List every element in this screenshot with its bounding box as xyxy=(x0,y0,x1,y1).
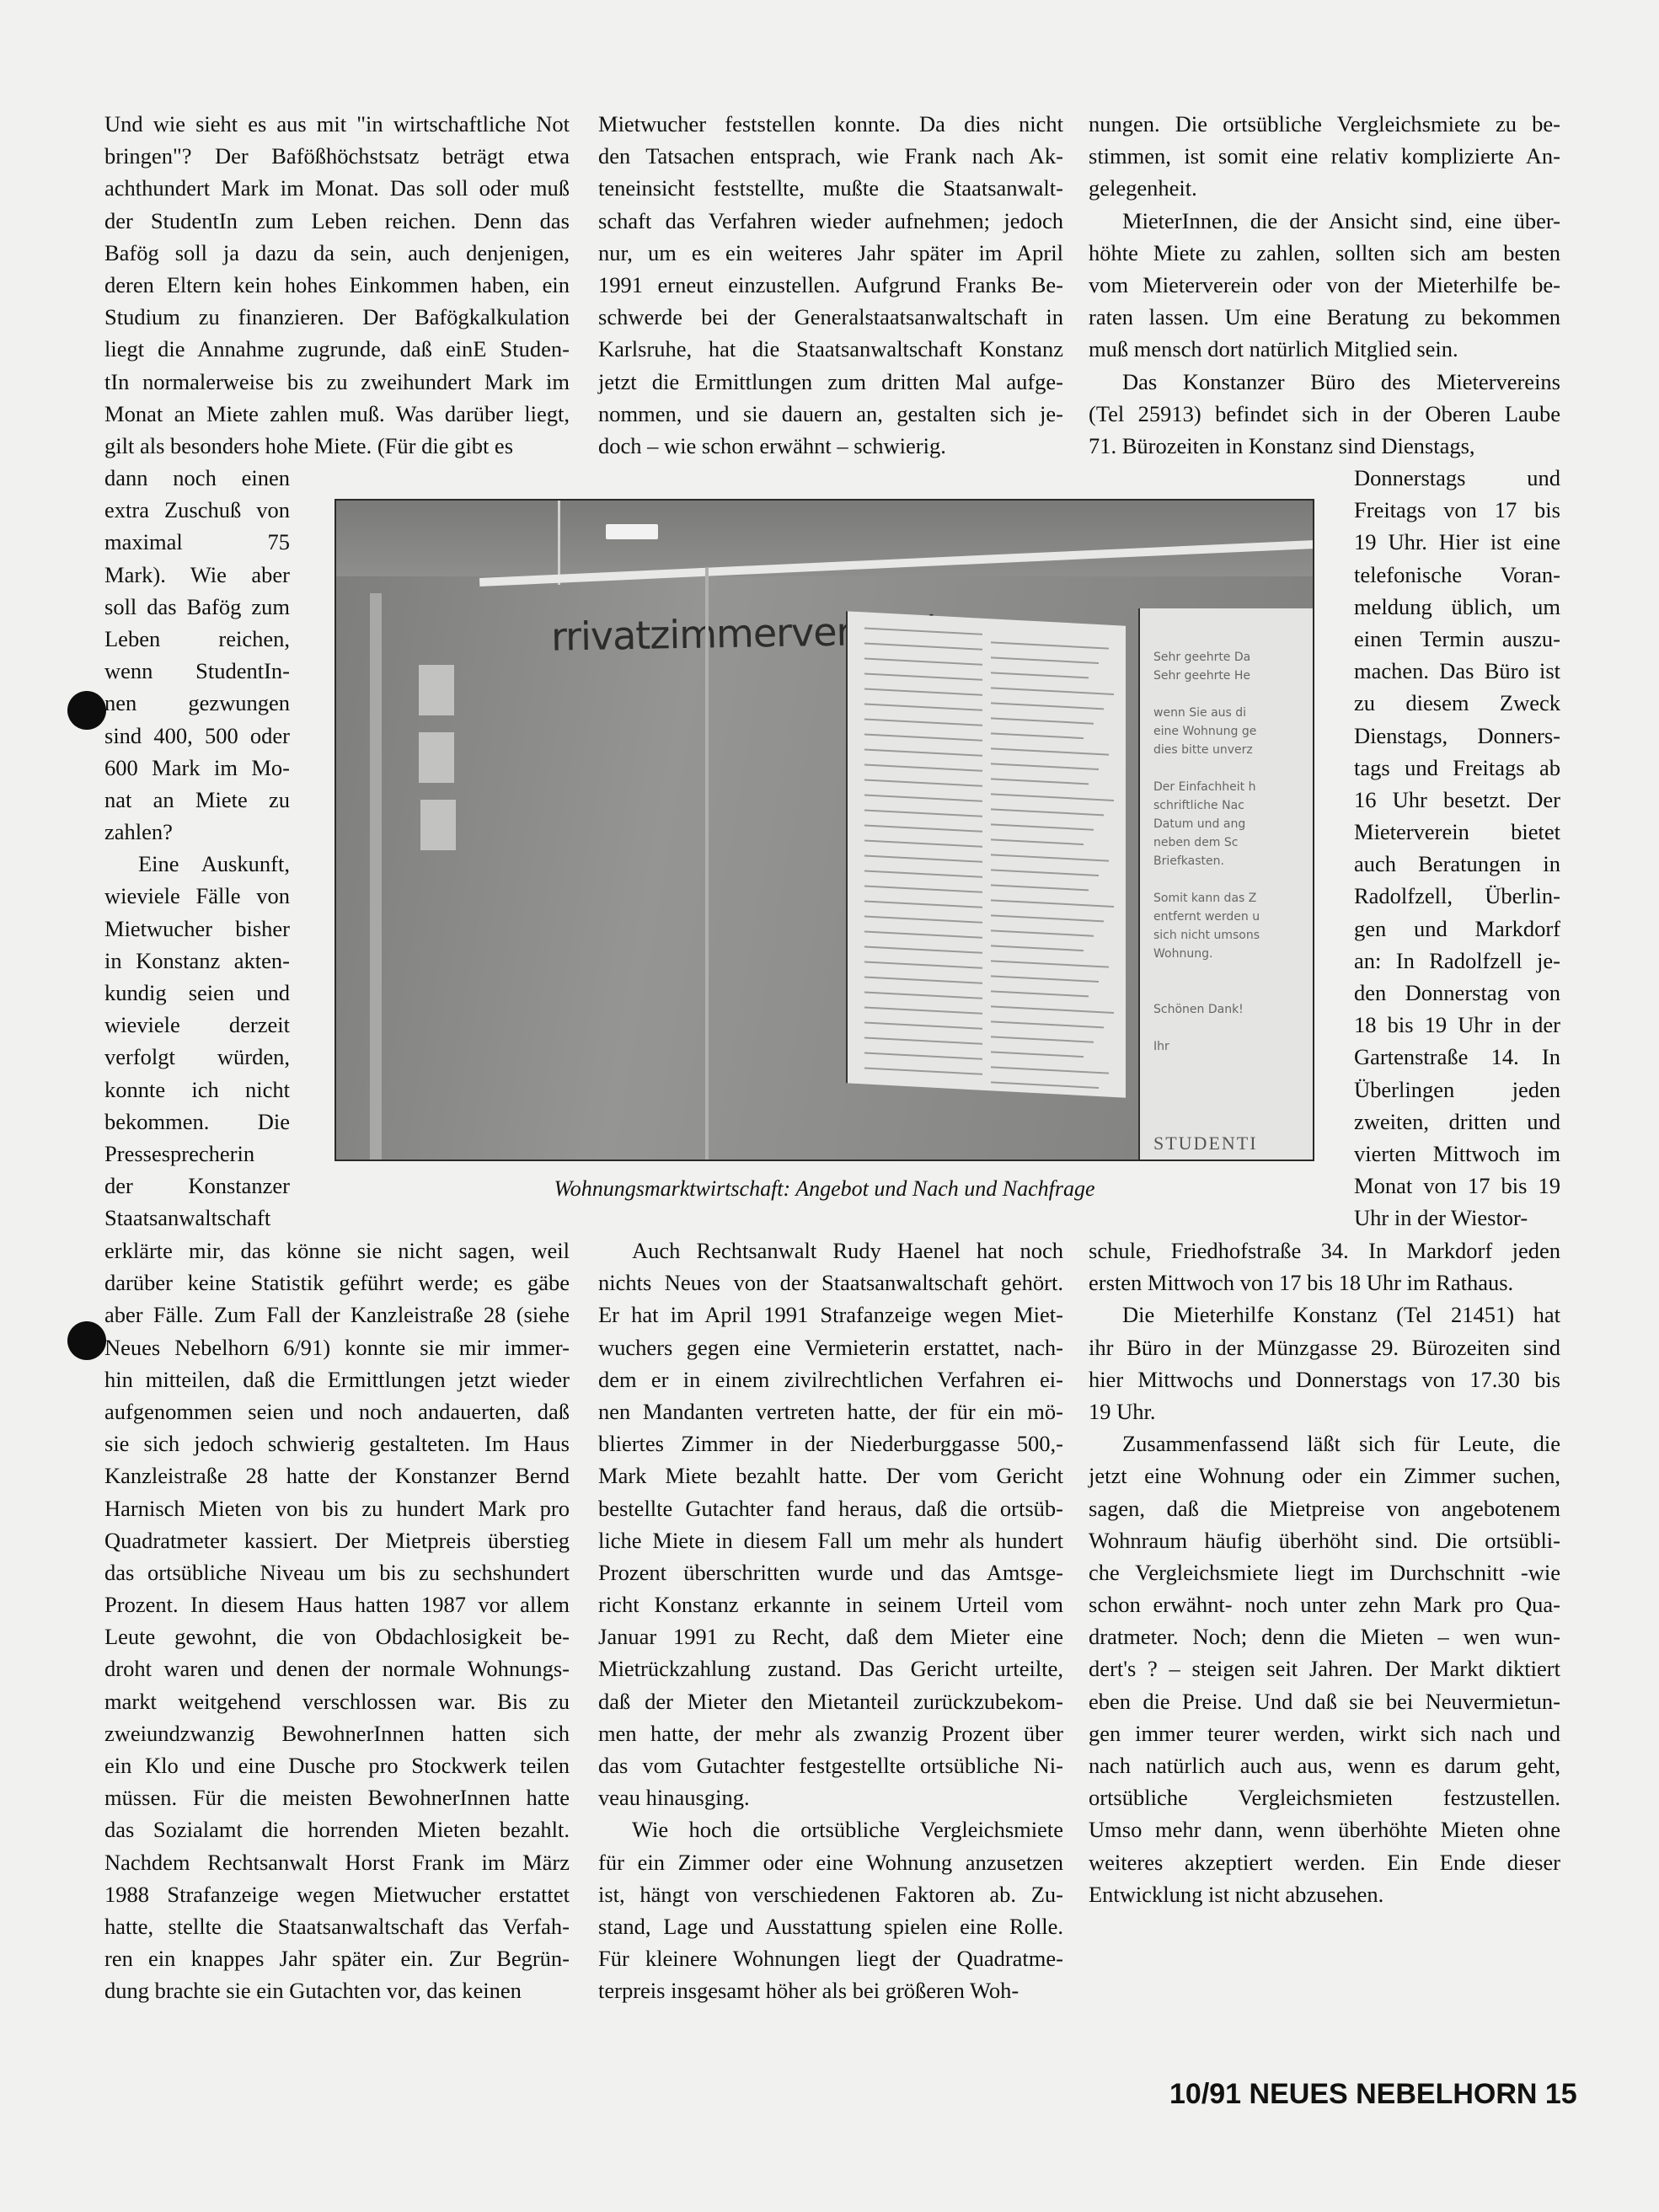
text-line: 1991 erneut einzustellen. Aufgrund Frank… xyxy=(598,269,1063,301)
poster-text-line xyxy=(864,1067,982,1074)
photo-caption: Wohnungsmarktwirtschaft: Angebot und Nac… xyxy=(334,1176,1314,1202)
poster-text-line xyxy=(864,854,982,862)
text-line: men hatte, der mehr als zwanzig Prozent … xyxy=(598,1717,1063,1749)
text-line: muß mensch dort natürlich Mitglied sein. xyxy=(1089,333,1560,365)
text-line: wenn StudentIn- xyxy=(104,655,290,687)
column-3-top: nungen. Die ortsübliche Vergleichsmiete … xyxy=(1089,108,1560,462)
poster-text-line xyxy=(864,672,982,680)
text-line: der Konstanzer xyxy=(104,1170,290,1202)
text-line: achthundert Mark im Monat. Das soll oder… xyxy=(104,172,570,204)
text-line: ihr Büro in der Münzgasse 29. Bürozeiten… xyxy=(1089,1331,1560,1363)
poster-text-line xyxy=(864,627,982,635)
page-footer-folio: 10/91 NEUES NEBELHORN 15 xyxy=(1169,2078,1577,2111)
poster-text-line xyxy=(864,718,982,726)
text-line: den Donnerstag von xyxy=(1354,977,1560,1009)
poster-text-line xyxy=(991,641,1109,649)
poster-text-line xyxy=(864,991,982,999)
poster-text-line xyxy=(864,885,982,892)
text-line: 16 Uhr besetzt. Der xyxy=(1354,784,1560,816)
text-line: Mietrückzahlung zustand. Das Gericht urt… xyxy=(598,1652,1063,1684)
letter-text-line: Somit kann das Z xyxy=(1153,892,1256,906)
poster-text-line xyxy=(991,854,1109,861)
text-line: nommen, und sie dauern an, gestalten sic… xyxy=(598,398,1063,430)
text-line: zu diesem Zweck xyxy=(1354,687,1560,719)
text-line: der StudentIn zum Leben reichen. Denn da… xyxy=(104,205,570,237)
poster-text-line xyxy=(991,808,1104,816)
poster-text-line xyxy=(991,884,1089,891)
text-line: gilt als besonders hohe Miete. (Für die … xyxy=(104,430,570,462)
text-line: Die Mieterhilfe Konstanz (Tel 21451) hat xyxy=(1089,1299,1560,1331)
poster-text-line xyxy=(991,687,1114,695)
text-line: doch – wie schon erwähnt – schwierig. xyxy=(598,430,1063,462)
text-line: che Vergleichsmiete liegt im Durchschnit… xyxy=(1089,1556,1560,1588)
text-line: bliertes Zimmer in der Niederburggasse 5… xyxy=(598,1427,1063,1459)
poster-text-line xyxy=(991,975,1099,983)
text-line: höhte Miete zu zahlen, sollten sich am b… xyxy=(1089,237,1560,269)
poster-text-line xyxy=(864,930,982,938)
letter-text-line: eine Wohnung ge xyxy=(1153,725,1256,739)
text-line: müssen. Für die meisten BewohnerInnen ha… xyxy=(104,1781,570,1813)
photo-pillar xyxy=(370,593,382,1161)
poster-text-line xyxy=(991,763,1099,770)
text-line: telefonische Voran- xyxy=(1354,559,1560,591)
text-line: jetzt eine Wohnung oder ein Zimmer suche… xyxy=(1089,1459,1560,1492)
poster-text-line xyxy=(991,945,1084,951)
poster-text-line xyxy=(991,929,1094,936)
text-line: Januar 1991 zu Recht, daß dem Mieter ein… xyxy=(598,1620,1063,1652)
text-line: dem er in einem zivilrechtlichen Verfahr… xyxy=(598,1363,1063,1395)
text-line: Er hat im April 1991 Strafanzeige wegen … xyxy=(598,1299,1063,1331)
poster-text-line xyxy=(991,838,1084,845)
column-2-top: Mietwucher feststellen konnte. Da dies n… xyxy=(598,108,1063,462)
text-line: jetzt die Ermittlungen zum dritten Mal a… xyxy=(598,366,1063,398)
letter-text-line: Sehr geehrte Da xyxy=(1153,651,1250,665)
poster-text-line xyxy=(864,779,982,786)
punch-hole-upper xyxy=(67,691,106,730)
poster-text-line xyxy=(864,794,982,801)
text-line: dann noch einen xyxy=(104,462,290,494)
text-line: gen und Markdorf xyxy=(1354,913,1560,945)
text-line: Studium zu finanzieren. Der Bafögkalkula… xyxy=(104,301,570,333)
text-line: 71. Bürozeiten in Konstanz sind Dienstag… xyxy=(1089,430,1560,462)
text-line: Pressesprecherin xyxy=(104,1138,290,1170)
photo-note-3 xyxy=(420,800,456,850)
poster-text-line xyxy=(991,1066,1109,1074)
text-line: teneinsicht feststellte, mußte die Staat… xyxy=(598,172,1063,204)
text-line: das ortsübliche Niveau um bis zu sechshu… xyxy=(104,1556,570,1588)
text-line: Umso mehr dann, wenn überhöhte Mieten oh… xyxy=(1089,1813,1560,1845)
text-line: konnte ich nicht xyxy=(104,1074,290,1106)
letter-text-line: neben dem Sc xyxy=(1153,836,1238,850)
photo-ceiling-lamp xyxy=(606,524,658,539)
text-line: hin mitteilen, daß die Ermittlungen jetz… xyxy=(104,1363,570,1395)
text-line: stimmen, ist somit eine relativ komplizi… xyxy=(1089,140,1560,172)
article-photo: rrivatzimmervermittlung STUDENTI Sehr ge… xyxy=(334,499,1314,1161)
poster-text-line xyxy=(864,688,982,695)
text-line: den Tatsachen entsprach, wie Frank nach … xyxy=(598,140,1063,172)
text-line: veau hinausging. xyxy=(598,1781,1063,1813)
text-line: Für kleinere Wohnungen liegt der Quadrat… xyxy=(598,1942,1063,1974)
text-line: Überlingen jeden xyxy=(1354,1074,1560,1106)
poster-text-line xyxy=(991,869,1099,876)
letter-text-line: entfernt werden u xyxy=(1153,910,1260,924)
poster-text-line xyxy=(864,809,982,817)
photo-notice-poster xyxy=(846,611,1126,1097)
poster-text-line xyxy=(991,1020,1104,1028)
text-line: erklärte mir, das könne sie nicht sagen,… xyxy=(104,1235,570,1267)
text-line: Freitags von 17 bis xyxy=(1354,494,1560,526)
letter-text-line: wenn Sie aus di xyxy=(1153,706,1246,720)
poster-text-line xyxy=(991,1005,1114,1014)
poster-text-line xyxy=(991,1036,1094,1042)
poster-text-line xyxy=(864,915,982,923)
text-line: aber Fälle. Zum Fall der Kanzleistraße 2… xyxy=(104,1299,570,1331)
text-line: 1988 Strafanzeige wegen Mietwucher ersta… xyxy=(104,1878,570,1910)
text-line: ersten Mittwoch von 17 bis 18 Uhr im Rat… xyxy=(1089,1267,1560,1299)
text-line: in Konstanz akten- xyxy=(104,945,290,977)
text-line: extra Zuschuß von xyxy=(104,494,290,526)
text-line: 19 Uhr. Hier ist eine xyxy=(1354,526,1560,558)
poster-text-line xyxy=(864,1021,982,1029)
column-1-narrow: dann noch einenextra Zuschuß vonmaximal … xyxy=(104,462,290,1235)
text-line: wuchers gegen eine Vermieterin erstattet… xyxy=(598,1331,1063,1363)
text-line: Monat von 17 bis 19 xyxy=(1354,1170,1560,1202)
poster-text-line xyxy=(864,976,982,983)
text-line: Neues Nebelhorn 6/91) konnte sie mir imm… xyxy=(104,1331,570,1363)
text-line: gelegenheit. xyxy=(1089,172,1560,204)
text-line: Mieterverein bietet xyxy=(1354,816,1560,848)
poster-text-line xyxy=(864,642,982,650)
text-line: stand, Lage und Ausstattung spielen eine… xyxy=(598,1910,1063,1942)
letter-text-line: dies bitte unverz xyxy=(1153,743,1253,758)
poster-text-line xyxy=(991,778,1089,785)
text-line: hatte, stellte die Staatsanwaltschaft da… xyxy=(104,1910,570,1942)
poster-text-line xyxy=(991,823,1094,830)
text-line: terpreis insgesamt höher als bei größere… xyxy=(598,1974,1063,2006)
text-line: ortsübliche Vergleichsmieten festzustell… xyxy=(1089,1781,1560,1813)
poster-text-line xyxy=(864,733,982,741)
text-line: liche Miete in diesem Fall um mehr als h… xyxy=(598,1524,1063,1556)
letter-text-line: Der Einfachheit h xyxy=(1153,780,1255,795)
text-line: Prozent überschritten wurde und das Amts… xyxy=(598,1556,1063,1588)
text-line: Donnerstags und xyxy=(1354,462,1560,494)
poster-text-line xyxy=(991,747,1109,755)
text-line: dert's ? – steigen seit Jahren. Der Mark… xyxy=(1089,1652,1560,1684)
letter-text-line: Schönen Dank! xyxy=(1153,1003,1244,1017)
text-line: nat an Miete zu xyxy=(104,784,290,816)
letter-text-line: schriftliche Nac xyxy=(1153,799,1244,813)
text-line: schwerde bei der Generalstaatsanwaltscha… xyxy=(598,301,1063,333)
text-line: sie sich jedoch schwierig gestalteten. I… xyxy=(104,1427,570,1459)
text-line: Bafög soll ja dazu da sein, auch denjeni… xyxy=(104,237,570,269)
text-line: Auch Rechtsanwalt Rudy Haenel hat noch xyxy=(598,1235,1063,1267)
photo-letter-signature: STUDENTI xyxy=(1153,1133,1258,1154)
text-line: schaft das Verfahren wieder aufnehmen; j… xyxy=(598,205,1063,237)
text-line: verfolgt würden, xyxy=(104,1041,290,1073)
photo-letter-notice: STUDENTI Sehr geehrte DaSehr geehrte Hew… xyxy=(1138,608,1314,1161)
letter-text-line: Ihr xyxy=(1153,1040,1169,1054)
text-line: darüber keine Statistik geführt werde; e… xyxy=(104,1267,570,1299)
text-line: dratmeter. Noch; denn die Mieten – wen w… xyxy=(1089,1620,1560,1652)
column-3-narrow: Donnerstags undFreitags von 17 bis19 Uhr… xyxy=(1354,462,1560,1235)
text-line: Harnisch Mieten von bis zu hundert Mark … xyxy=(104,1492,570,1524)
poster-text-line xyxy=(991,914,1104,922)
text-line: nen gezwungen xyxy=(104,687,290,719)
poster-text-line xyxy=(991,960,1109,967)
text-line: eben die Preise. Und daß sie bei Neuverm… xyxy=(1089,1685,1560,1717)
text-line: Quadratmeter kassiert. Der Mietpreis übe… xyxy=(104,1524,570,1556)
poster-text-line xyxy=(991,1051,1084,1058)
poster-text-line xyxy=(864,657,982,665)
text-line: nur, um es ein weiteres Jahr später im A… xyxy=(598,237,1063,269)
text-line: Gartenstraße 14. In xyxy=(1354,1041,1560,1073)
text-line: Das Konstanzer Büro des Mietervereins xyxy=(1089,366,1560,398)
text-line: Leute gewohnt, die von Obdachlosigkeit b… xyxy=(104,1620,570,1652)
text-line: sind 400, 500 oder xyxy=(104,720,290,752)
poster-text-line xyxy=(864,900,982,908)
text-line: nichts Neues von der Staatsanwaltschaft … xyxy=(598,1267,1063,1299)
text-line: Nachdem Rechtsanwalt Horst Frank im März xyxy=(104,1846,570,1878)
text-line: wieviele Fälle von xyxy=(104,880,290,912)
poster-text-line xyxy=(864,763,982,771)
text-line: nach natürlich auch aus, wenn es darum g… xyxy=(1089,1749,1560,1781)
poster-text-line xyxy=(864,1036,982,1044)
text-line: gen immer teurer werden, wirkt sich nach… xyxy=(1089,1717,1560,1749)
text-line: ein Klo und eine Dusche pro Stockwerk te… xyxy=(104,1749,570,1781)
text-line: (Tel 25913) befindet sich in der Oberen … xyxy=(1089,398,1560,430)
text-line: vierten Mittwoch im xyxy=(1354,1138,1560,1170)
poster-text-line xyxy=(864,1006,982,1014)
text-line: ist, hängt von verschiedenen Faktoren ab… xyxy=(598,1878,1063,1910)
text-line: Mietwucher feststellen konnte. Da dies n… xyxy=(598,108,1063,140)
text-line: Radolfzell, Überlin- xyxy=(1354,880,1560,912)
column-3-bottom: schule, Friedhofstraße 34. In Markdorf j… xyxy=(1089,1235,1560,1910)
text-line: vom Mieterverein oder von der Mieterhilf… xyxy=(1089,269,1560,301)
text-line: bestellte Gutachter fand heraus, daß die… xyxy=(598,1492,1063,1524)
text-line: zweiten, dritten und xyxy=(1354,1106,1560,1138)
text-line: zahlen? xyxy=(104,816,290,848)
text-line: Karlsruhe, hat die Staatsanwaltschaft Ko… xyxy=(598,333,1063,365)
text-line: Prozent. In diesem Haus hatten 1987 vor … xyxy=(104,1588,570,1620)
text-line: aufgenommen seien und noch andauerten, d… xyxy=(104,1395,570,1427)
column-1-bottom: erklärte mir, das könne sie nicht sagen,… xyxy=(104,1235,570,2007)
letter-text-line: Sehr geehrte He xyxy=(1153,669,1250,683)
text-line: an: In Radolfzell je- xyxy=(1354,945,1560,977)
photo-glass-edge xyxy=(705,568,709,1161)
poster-text-line xyxy=(991,702,1104,710)
text-line: Mark Miete bezahlt hatte. Der vom Gerich… xyxy=(598,1459,1063,1492)
text-line: bringen"? Der Bafößhöchstsatz beträgt et… xyxy=(104,140,570,172)
poster-text-line xyxy=(864,703,982,710)
text-line: nungen. Die ortsübliche Vergleichsmiete … xyxy=(1089,108,1560,140)
text-line: Wie hoch die ortsübliche Vergleichsmiete xyxy=(598,1813,1063,1845)
text-line: Kanzleistraße 28 hatte der Konstanzer Be… xyxy=(104,1459,570,1492)
text-line: sagen, daß die Mietpreise von angebotene… xyxy=(1089,1492,1560,1524)
text-line: das vom Gutachter festgestellte ortsübli… xyxy=(598,1749,1063,1781)
text-line: für ein Zimmer oder eine Wohnung anzuset… xyxy=(598,1846,1063,1878)
text-line: ren ein knappes Jahr später ein. Zur Beg… xyxy=(104,1942,570,1974)
text-line: meldung üblich, um xyxy=(1354,591,1560,623)
photo-note-2 xyxy=(419,732,454,783)
text-line: machen. Das Büro ist xyxy=(1354,655,1560,687)
text-line: Mietwucher bisher xyxy=(104,913,290,945)
text-line: markt weitgehend verschlossen war. Bis z… xyxy=(104,1685,570,1717)
text-line: Eine Auskunft, xyxy=(104,848,290,880)
text-line: schon erwähnt- noch unter zehn Mark pro … xyxy=(1089,1588,1560,1620)
poster-text-line xyxy=(991,672,1089,678)
letter-text-line: Wohnung. xyxy=(1153,947,1212,961)
text-line: kundig seien und xyxy=(104,977,290,1009)
text-line: 600 Mark im Mo- xyxy=(104,752,290,784)
letter-text-line: Briefkasten. xyxy=(1153,854,1224,869)
text-line: auch Beratungen in xyxy=(1354,848,1560,880)
poster-text-line xyxy=(991,793,1114,801)
letter-text-line: sich nicht umsons xyxy=(1153,929,1260,943)
poster-text-line xyxy=(864,1052,982,1059)
text-line: Entwicklung ist nicht abzusehen. xyxy=(1089,1878,1560,1910)
text-line: MieterInnen, die der Ansicht sind, eine … xyxy=(1089,205,1560,237)
column-2-bottom: Auch Rechtsanwalt Rudy Haenel hat nochni… xyxy=(598,1235,1063,2007)
poster-text-line xyxy=(864,961,982,968)
poster-text-line xyxy=(991,656,1099,664)
poster-text-line xyxy=(991,1081,1099,1089)
text-line: hier Mittwochs und Donnerstags von 17.30… xyxy=(1089,1363,1560,1395)
text-line: schule, Friedhofstraße 34. In Markdorf j… xyxy=(1089,1235,1560,1267)
text-line: deren Eltern kein hohes Einkommen haben,… xyxy=(104,269,570,301)
poster-text-line xyxy=(864,870,982,877)
text-line: 19 Uhr. xyxy=(1089,1395,1560,1427)
text-line: tIn normalerweise bis zu zweihundert Mar… xyxy=(104,366,570,398)
photo-frame-post xyxy=(558,501,560,585)
text-line: Und wie sieht es aus mit "in wirtschaftl… xyxy=(104,108,570,140)
poster-text-line xyxy=(864,748,982,756)
column-1-top: Und wie sieht es aus mit "in wirtschaftl… xyxy=(104,108,570,462)
text-line: bekommen. Die xyxy=(104,1106,290,1138)
text-line: daß der Mieter den Mietanteil zurückzube… xyxy=(598,1685,1063,1717)
poster-text-line xyxy=(991,899,1114,908)
text-line: zweiundzwanzig BewohnerInnen hatten sich xyxy=(104,1717,570,1749)
poster-text-line xyxy=(991,732,1084,739)
poster-text-line xyxy=(864,839,982,847)
text-line: tags und Freitags ab xyxy=(1354,752,1560,784)
text-line: Uhr in der Wiestor- xyxy=(1354,1202,1560,1234)
text-line: das Sozialamt die horrenden Mieten bezah… xyxy=(104,1813,570,1845)
text-line: Leben reichen, xyxy=(104,623,290,655)
text-line: nen Mandanten vertreten hatte, der für e… xyxy=(598,1395,1063,1427)
text-line: richt Konstanz erkannte in seinem Urteil… xyxy=(598,1588,1063,1620)
text-line: Staatsanwaltschaft xyxy=(104,1202,290,1234)
punch-hole-lower xyxy=(67,1321,106,1360)
text-line: raten lassen. Um eine Beratung zu bekomm… xyxy=(1089,301,1560,333)
poster-text-line xyxy=(991,990,1089,997)
photo-note-1 xyxy=(419,665,454,715)
text-line: Mark). Wie aber xyxy=(104,559,290,591)
text-line: weiteres akzeptiert werden. Ein Ende die… xyxy=(1089,1846,1560,1878)
text-line: soll das Bafög zum xyxy=(104,591,290,623)
text-line: dung brachte sie ein Gutachten vor, das … xyxy=(104,1974,570,2006)
poster-text-line xyxy=(991,717,1094,724)
letter-text-line: Datum und ang xyxy=(1153,817,1245,832)
text-line: Zusammenfassend läßt sich für Leute, die xyxy=(1089,1427,1560,1459)
text-line: wieviele derzeit xyxy=(104,1009,290,1041)
text-line: Wohnraum häufig überhöht sind. Die ortsü… xyxy=(1089,1524,1560,1556)
text-line: droht waren und denen der normale Wohnun… xyxy=(104,1652,570,1684)
poster-text-line xyxy=(864,945,982,953)
text-line: 18 bis 19 Uhr in der xyxy=(1354,1009,1560,1041)
text-line: maximal 75 xyxy=(104,526,290,558)
text-line: einen Termin auszu- xyxy=(1354,623,1560,655)
text-line: Dienstags, Donners- xyxy=(1354,720,1560,752)
text-line: liegt die Annahme zugrunde, daß einE Stu… xyxy=(104,333,570,365)
text-line: Monat an Miete zahlen muß. Was darüber l… xyxy=(104,398,570,430)
poster-text-line xyxy=(864,824,982,832)
